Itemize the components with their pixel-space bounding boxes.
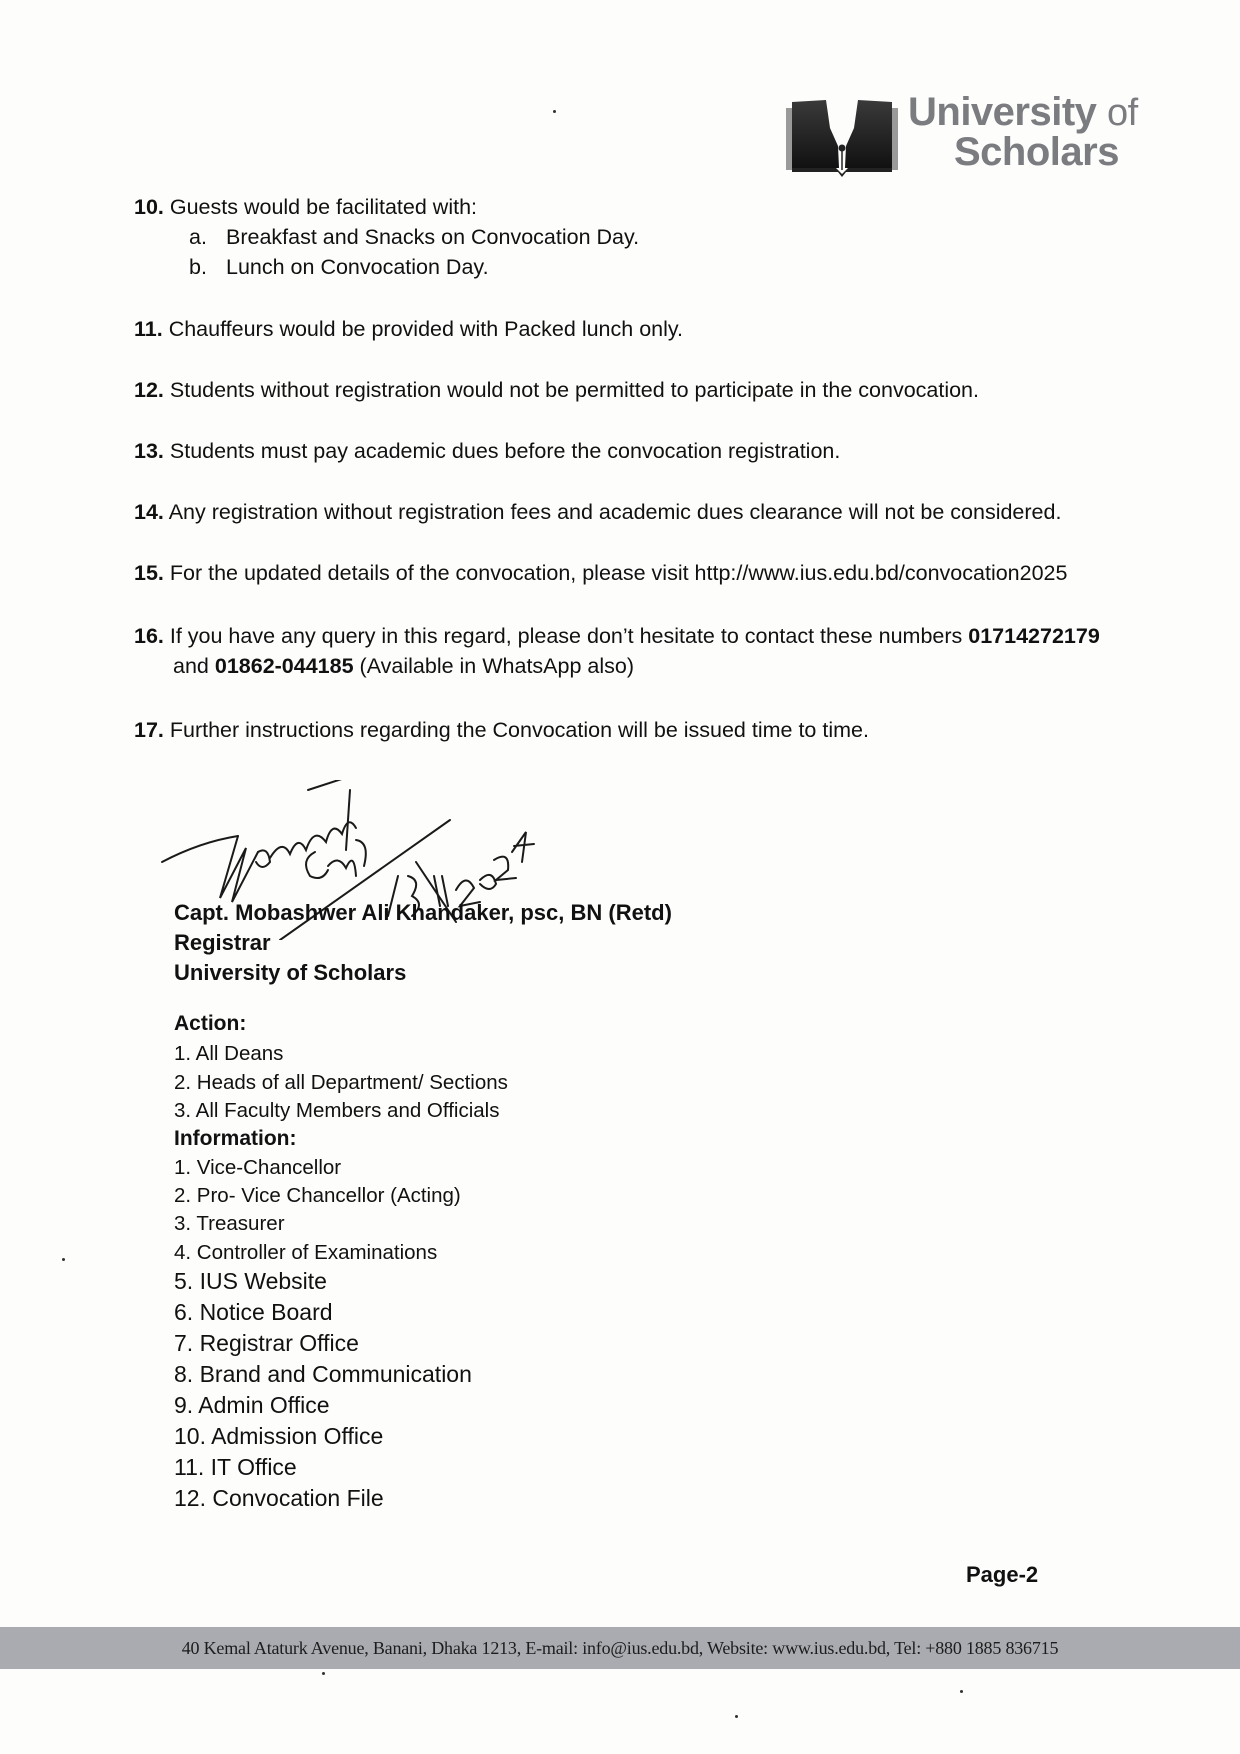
- information-item: 11. IT Office: [174, 1454, 297, 1481]
- item-text: (Available in WhatsApp also): [354, 654, 634, 678]
- sub-item-label: a.: [189, 222, 226, 252]
- action-heading: Action:: [174, 1012, 246, 1036]
- phone-number-1: 01714272179: [968, 624, 1100, 648]
- list-item-12: 12. Students without registration would …: [134, 375, 979, 405]
- scan-speck: [960, 1690, 963, 1693]
- scan-speck: [62, 1258, 65, 1261]
- logo-text-scholars: Scholars: [954, 132, 1138, 172]
- information-item: 6. Notice Board: [174, 1299, 333, 1326]
- information-item: 3. Treasurer: [174, 1212, 285, 1236]
- list-item-15: 15. For the updated details of the convo…: [134, 558, 1067, 588]
- list-item-10: 10. Guests would be facilitated with:: [134, 192, 477, 222]
- sub-item-a: a.Breakfast and Snacks on Convocation Da…: [189, 222, 639, 252]
- signer-name: Capt. Mobashwer Ali Khandaker, psc, BN (…: [174, 898, 672, 928]
- item-number: 17.: [134, 718, 164, 742]
- item-text: Any registration without registration fe…: [169, 500, 1062, 524]
- sub-item-text: Lunch on Convocation Day.: [226, 255, 489, 279]
- list-item-14: 14. Any registration without registratio…: [134, 497, 1061, 527]
- university-logo: University of Scholars: [786, 92, 1166, 187]
- information-item: 4. Controller of Examinations: [174, 1241, 437, 1265]
- information-item: 8. Brand and Communication: [174, 1361, 472, 1388]
- list-item-17: 17. Further instructions regarding the C…: [134, 715, 869, 745]
- action-item: 2. Heads of all Department/ Sections: [174, 1071, 508, 1095]
- information-item: 9. Admin Office: [174, 1392, 330, 1419]
- item-number: 15.: [134, 561, 164, 585]
- information-item: 10. Admission Office: [174, 1423, 383, 1450]
- signer-organization: University of Scholars: [174, 958, 406, 988]
- item-text: If you have any query in this regard, pl…: [170, 624, 968, 648]
- sub-item-b: b.Lunch on Convocation Day.: [189, 252, 489, 282]
- item-number: 16.: [134, 624, 164, 648]
- scan-speck: [322, 1672, 325, 1675]
- signer-title: Registrar: [174, 928, 271, 958]
- item-number: 14.: [134, 500, 164, 524]
- scan-speck: [553, 110, 556, 113]
- scan-speck: [735, 1715, 738, 1718]
- list-item-16: 16. If you have any query in this regard…: [134, 621, 1100, 651]
- phone-number-2: 01862-044185: [215, 654, 354, 678]
- logo-text-of: of: [1107, 92, 1138, 134]
- item-text: Guests would be facilitated with:: [170, 195, 477, 219]
- list-item-16-continued: and 01862-044185 (Available in WhatsApp …: [173, 651, 634, 681]
- logo-wordmark: University of Scholars: [908, 92, 1138, 172]
- action-item: 3. All Faculty Members and Officials: [174, 1099, 499, 1123]
- open-book-pen-icon: [786, 98, 898, 178]
- item-text: Chauffeurs would be provided with Packed…: [169, 317, 683, 341]
- sub-item-label: b.: [189, 252, 226, 282]
- information-item: 12. Convocation File: [174, 1485, 384, 1512]
- item-text: Further instructions regarding the Convo…: [170, 718, 869, 742]
- information-item: 7. Registrar Office: [174, 1330, 359, 1357]
- information-heading: Information:: [174, 1127, 296, 1151]
- list-item-11: 11. Chauffeurs would be provided with Pa…: [134, 314, 683, 344]
- information-item: 5. IUS Website: [174, 1268, 327, 1295]
- footer-address-bar: 40 Kemal Ataturk Avenue, Banani, Dhaka 1…: [0, 1627, 1240, 1669]
- item-text: and: [173, 654, 215, 678]
- action-item: 1. All Deans: [174, 1042, 283, 1066]
- page-number: Page-2: [966, 1562, 1038, 1588]
- item-number: 12.: [134, 378, 164, 402]
- list-item-13: 13. Students must pay academic dues befo…: [134, 436, 840, 466]
- footer-contact-text: 40 Kemal Ataturk Avenue, Banani, Dhaka 1…: [182, 1638, 1059, 1659]
- item-number: 10.: [134, 195, 164, 219]
- item-number: 11.: [134, 317, 163, 341]
- information-item: 1. Vice-Chancellor: [174, 1156, 341, 1180]
- item-text: Students must pay academic dues before t…: [170, 439, 840, 463]
- logo-text-university: University: [908, 90, 1096, 134]
- item-text: Students without registration would not …: [170, 378, 979, 402]
- information-item: 2. Pro- Vice Chancellor (Acting): [174, 1184, 461, 1208]
- sub-item-text: Breakfast and Snacks on Convocation Day.: [226, 225, 639, 249]
- item-number: 13.: [134, 439, 164, 463]
- item-text: For the updated details of the convocati…: [170, 561, 1068, 585]
